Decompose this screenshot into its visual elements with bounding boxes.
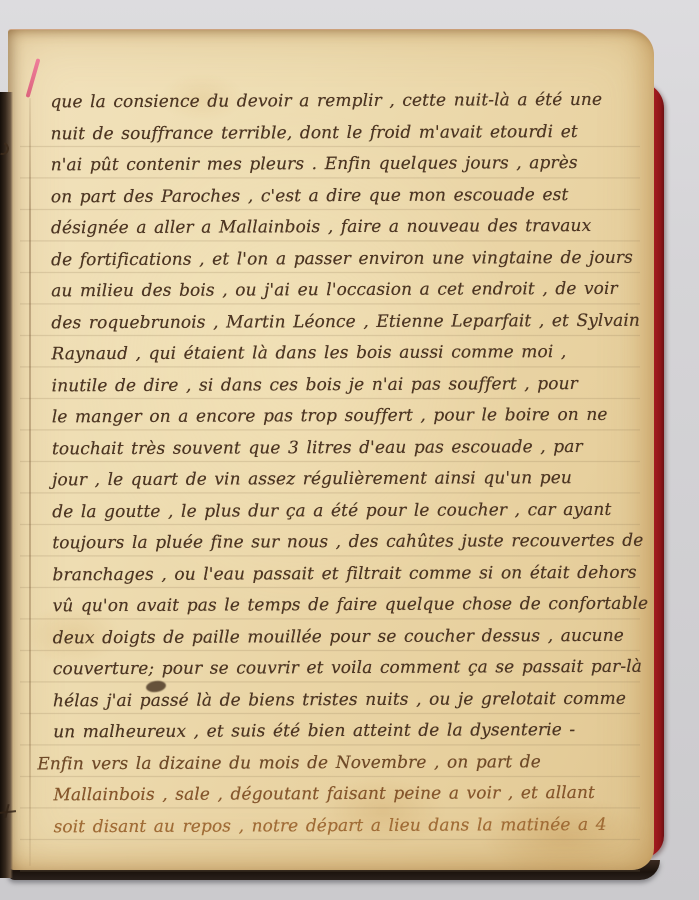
handwritten-line: n'ai pût contenir mes pleurs . Enfin que… [51,148,643,182]
handwritten-line: des roquebrunois , Martin Léonce , Etien… [51,305,643,339]
handwritten-line: Mallainbois , sale , dégoutant faisant p… [53,778,645,812]
page-fold-crease [29,98,31,866]
handwritten-line: de la goutte , le plus dur ça a été pour… [52,494,644,528]
handwritten-line: touchait très souvent que 3 litres d'eau… [52,431,644,465]
handwritten-line: nuit de souffrance terrible, dont le fro… [50,116,642,150]
handwritten-line: on part des Paroches , c'est a dire que … [51,179,643,213]
handwritten-line: hélas j'ai passé là de biens tristes nui… [53,683,645,717]
handwritten-line: de fortifications , et l'on a passer env… [51,242,643,276]
handwritten-line: jour , le quart de vin assez régulièreme… [52,463,644,497]
handwritten-line: désignée a aller a Mallainbois , faire a… [51,211,643,245]
handwritten-line: le manger on a encore pas trop souffert … [52,400,644,434]
handwritten-line: que la consience du devoir a remplir , c… [50,85,642,119]
margin-cross-mark [0,804,16,818]
handwritten-line: soit disant au repos , notre départ a li… [54,809,646,843]
handwritten-line: vû qu'on avait pas le temps de faire que… [53,589,645,623]
handwritten-diary-text: que la consience du devoir a remplir , c… [50,85,645,844]
handwritten-line: branchages , ou l'eau passait et filtrai… [52,557,644,591]
handwritten-line: inutile de dire , si dans ces bois je n'… [52,368,644,402]
handwritten-line: couverture; pour se couvrir et voila com… [53,652,645,686]
handwritten-line: au milieu des bois , ou j'ai eu l'occasi… [51,274,643,308]
handwritten-line: un malheureux , et suis été bien atteint… [53,715,645,749]
binding-gutter-shadow [0,92,13,878]
handwritten-line: Raynaud , qui étaient là dans les bois a… [51,337,643,371]
handwritten-line: deux doigts de paille mouillée pour se c… [53,620,645,654]
scanned-notebook-photo: que la consience du devoir a remplir , c… [0,0,699,900]
handwritten-line: toujours la pluée fine sur nous , des ca… [52,526,644,560]
handwritten-line: Enfin vers la dizaine du mois de Novembr… [37,746,645,780]
